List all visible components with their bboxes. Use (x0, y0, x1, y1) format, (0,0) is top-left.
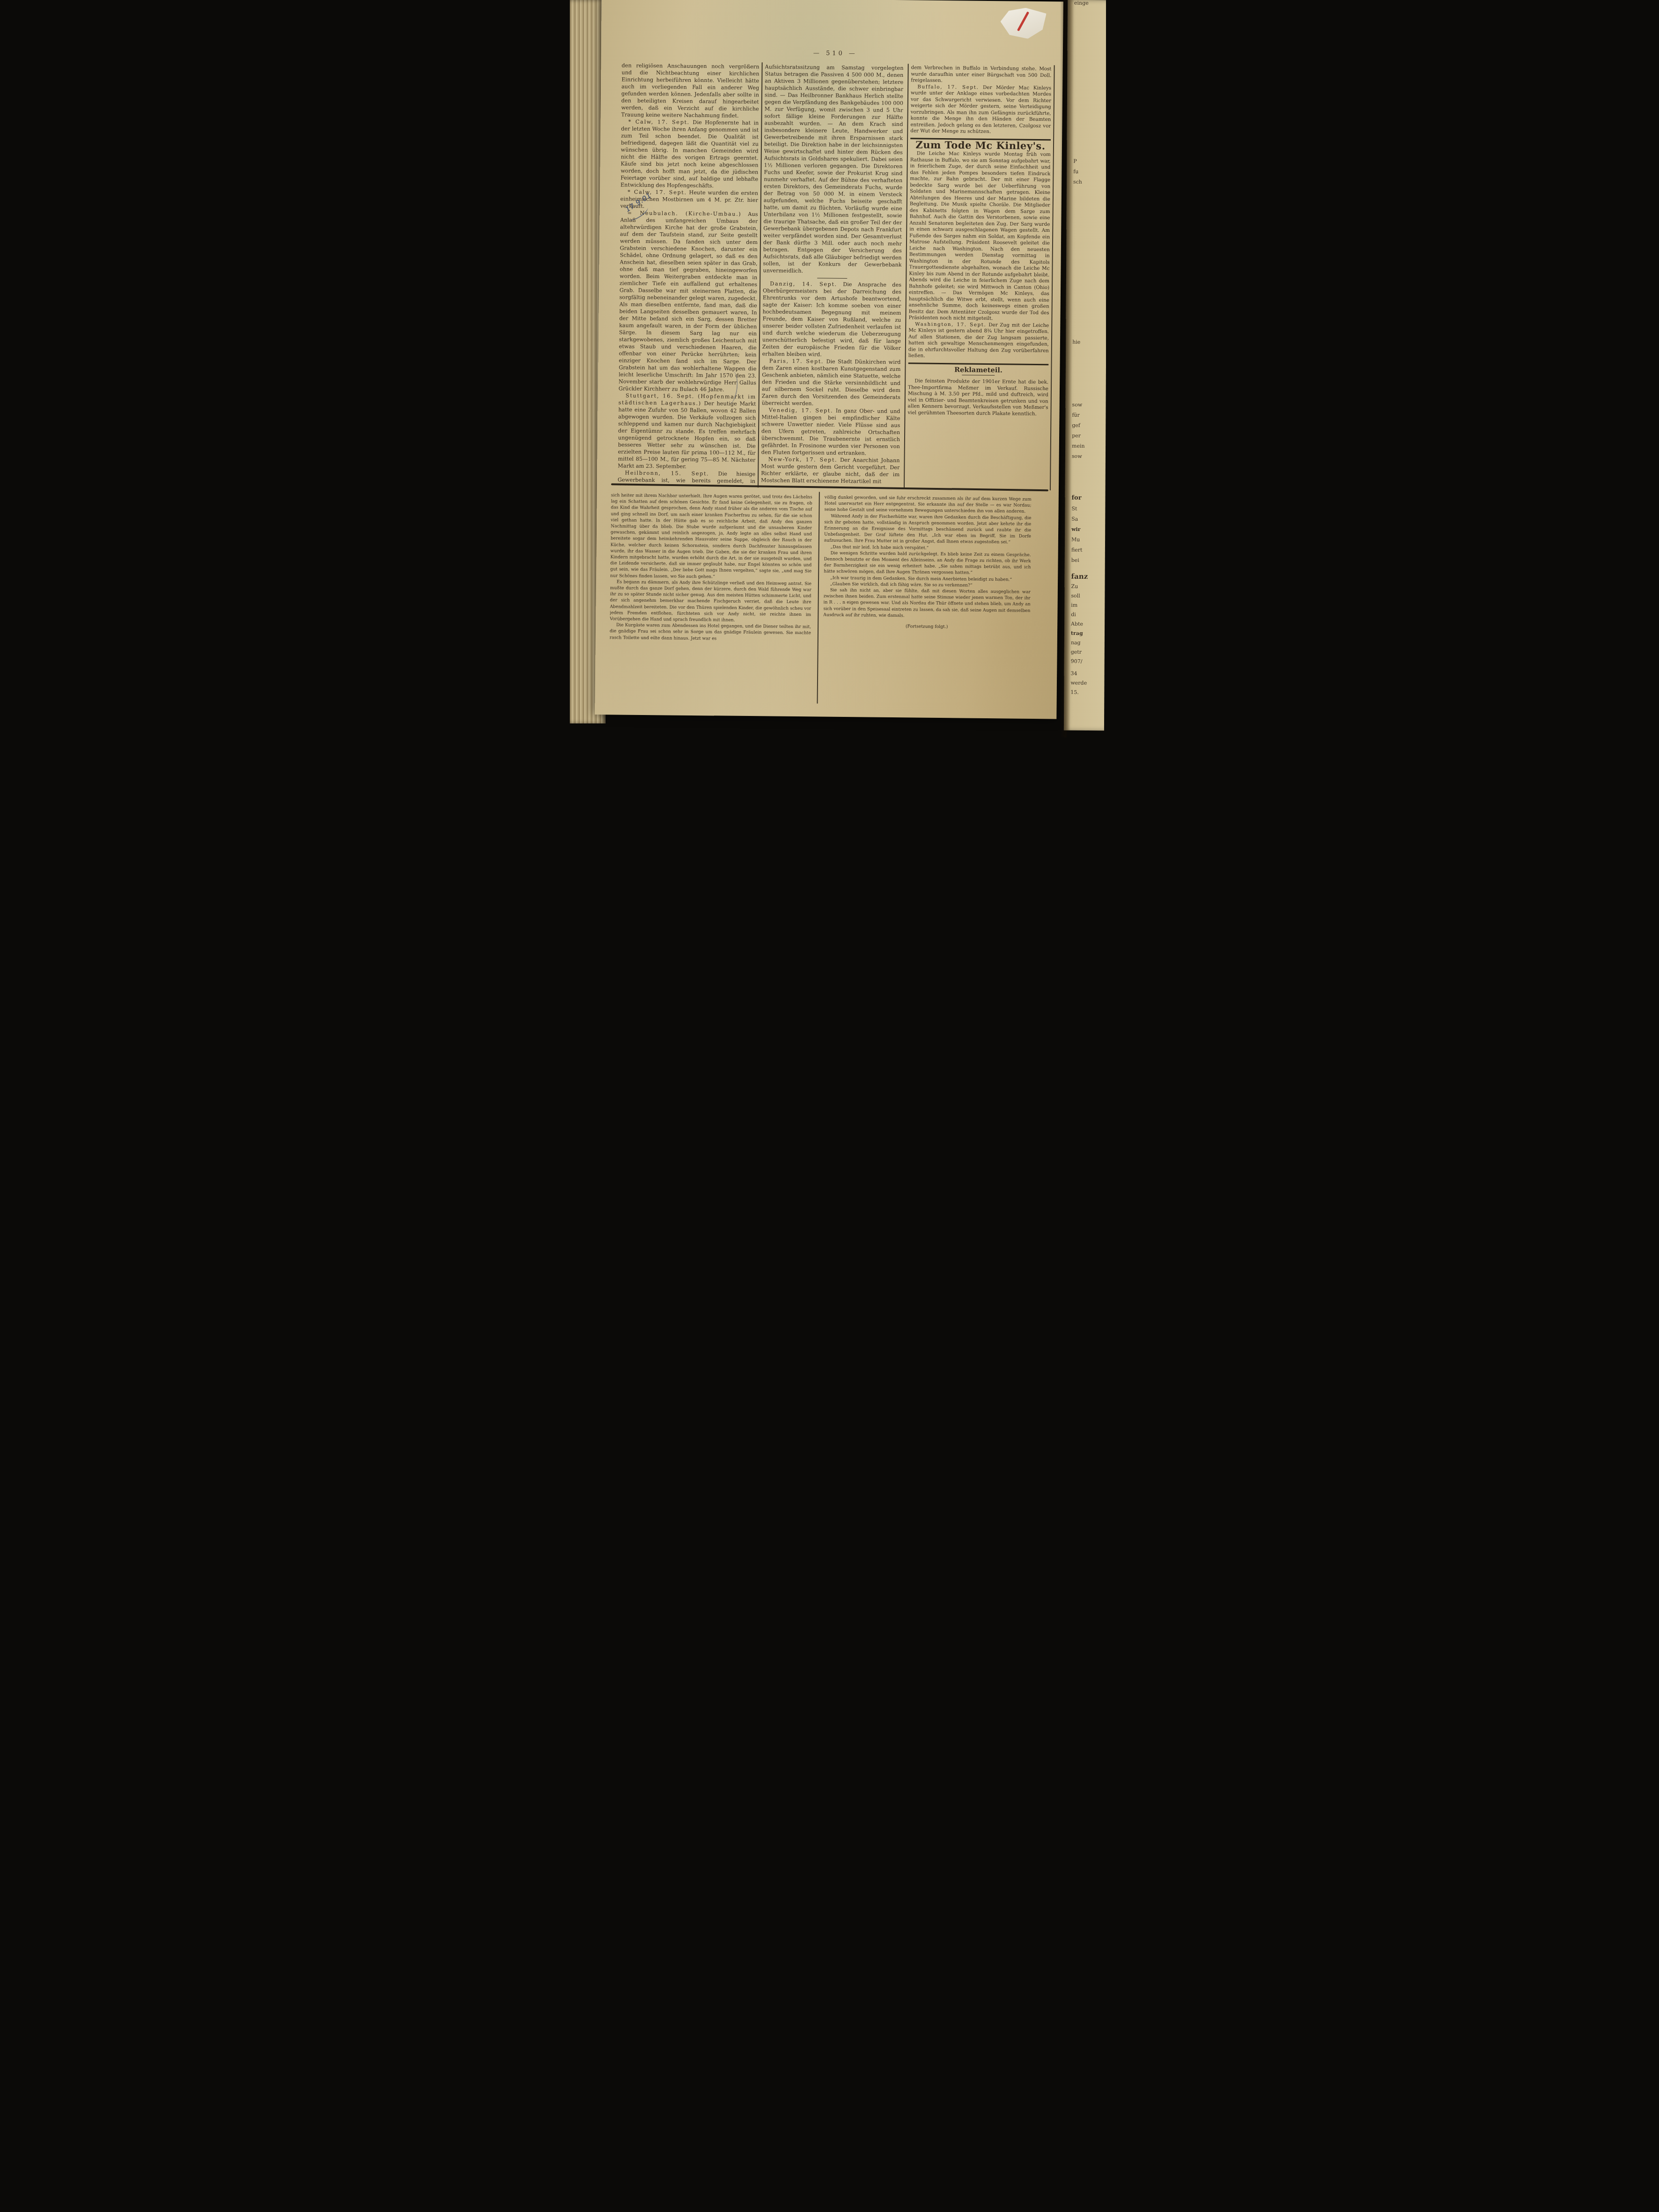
cutoff-text-fragment: trag (1071, 630, 1083, 636)
paragraph-text: Die Stadt Dünkirchen wird dem Zaren eine… (762, 359, 901, 407)
feuilleton-paragraph: Die wenigen Schritte wurden bald zurückg… (824, 550, 1031, 576)
mckinley-article-heading: Zum Tode Mc Kinley's. (910, 141, 1051, 149)
red-pen-mark (1017, 11, 1029, 31)
cutoff-text-fragment: per (1072, 433, 1081, 439)
feuilleton-paragraph: Die Kurgäste waren zum Abendessen ins Ho… (610, 622, 811, 642)
paragraph-text: Die Kurgäste waren zum Abendessen ins Ho… (610, 623, 811, 641)
dateline: Buffalo, 17. Sept. (917, 84, 979, 90)
cutoff-text-fragment: werde (1070, 680, 1087, 686)
cutoff-text-fragment: einge (1074, 0, 1089, 6)
cutoff-text-fragment: getr (1071, 649, 1082, 655)
dateline: Washington, 17. Sept. (915, 321, 986, 327)
news-paragraph: Aufsichtsratssitzung am Samstag vorgeleg… (763, 63, 903, 279)
news-paragraph: den religiösen Anschauungen noch vergröß… (621, 62, 759, 119)
feuilleton-paragraph: Es begann zu dämmern, als Andy ihre Schü… (610, 579, 811, 624)
dateline: Venedig, 17. Sept. (769, 407, 833, 413)
paragraph-text: dem Verbrechen in Buffalo in Verbindung … (911, 65, 1051, 83)
right-column-top: dem Verbrechen in Buffalo in Verbindung … (910, 65, 1051, 135)
cutoff-text-fragment: sch (1073, 179, 1082, 185)
cutoff-text-fragment: 907/ (1071, 658, 1083, 664)
cutoff-text-fragment: hie (1072, 339, 1080, 345)
news-column-left: den religiösen Anschauungen noch vergröß… (618, 62, 759, 487)
paragraph-text: völlig dunkel geworden, und sie fuhr ers… (824, 495, 1031, 515)
cutoff-text-fragment: im (1071, 602, 1077, 608)
feuilleton-paragraph: Während Andy in der Fischerhütte war, wa… (824, 513, 1032, 546)
cutoff-text-fragment: P (1073, 158, 1077, 164)
cutoff-text-fragment: Abte (1071, 621, 1083, 627)
news-paragraph: Venedig, 17. Sept. In ganz Ober- und und… (761, 406, 900, 457)
cutoff-text-fragment: wir (1071, 526, 1081, 532)
paragraph-text: Während Andy in der Fischerhütte war, wa… (824, 513, 1032, 545)
paragraph-text: Sie sah ihn nicht an, aber sie fühlte, d… (823, 588, 1031, 618)
feuilleton-column-right: völlig dunkel geworden, und sie fuhr ers… (822, 494, 1031, 708)
short-rule (962, 375, 995, 376)
cutoff-text-fragment: Mu (1071, 537, 1080, 543)
news-column-middle: Aufsichtsratssitzung am Samstag vorgeleg… (761, 63, 904, 488)
news-paragraph: Buffalo, 17. Sept. Der Mörder Mac Kinley… (910, 84, 1051, 136)
paragraph-text: Aufsichtsratssitzung am Samstag vorgeleg… (763, 64, 903, 274)
dateline: * Calw, 17. Sept. (628, 119, 690, 125)
feuilleton-paragraph: sich heiter mit ihrem Nachbar unterhielt… (610, 492, 812, 581)
cutoff-text-fragment: di (1071, 612, 1076, 618)
paragraph-text: Der heutige Markt hatte eine Zufuhr von … (618, 400, 756, 470)
cutoff-text-fragment: for (1071, 494, 1081, 501)
paragraph-text: Der Mörder Mac Kinleys wurde unter der A… (910, 84, 1051, 134)
cutoff-text-fragment: fiert (1071, 547, 1083, 553)
cutoff-text-fragment: fanz (1071, 572, 1088, 581)
feuilleton-paragraph: völlig dunkel geworden, und sie fuhr ers… (824, 494, 1031, 515)
cutoff-text-fragment: 34 (1071, 671, 1077, 677)
cutoff-text-fragment: 15. (1070, 689, 1079, 695)
paragraph-text: „Das thut mir leid. Ich habe mich verspä… (830, 544, 929, 550)
news-paragraph: Danzig, 14. Sept. Die Ansprache des Ober… (762, 280, 902, 359)
news-paragraph: dem Verbrechen in Buffalo in Verbindung … (911, 65, 1051, 85)
dateline: Paris, 17. Sept. (769, 358, 824, 364)
news-paragraph: Stuttgart, 16. Sept. (Hopfenmarkt im stä… (618, 392, 756, 471)
paragraph-text: Die wenigen Schritte wurden bald zurückg… (824, 551, 1031, 576)
cutoff-text-fragment: für (1072, 412, 1079, 418)
newspaper-page: — 510 — den religiösen Anschauungen noch… (595, 0, 1063, 719)
section-rule (908, 362, 1049, 365)
reklame-section-heading: Reklameteil. (908, 366, 1048, 374)
cutoff-text-fragment: gef (1072, 422, 1080, 428)
news-paragraph: * Calw, 17. Sept. Die Hopfenernte hat in… (620, 118, 759, 190)
news-paragraph: = Neubulach. (Kirche-Umbau.) Aus Anlaß d… (619, 209, 758, 393)
advertisement-paragraph: Die feinsten Produkte der 1901er Ernte h… (907, 378, 1048, 417)
news-paragraph: Die Leiche Mac Kinleys wurde Montag früh… (908, 150, 1050, 322)
news-paragraph: Paris, 17. Sept. Die Stadt Dünkirchen wi… (762, 357, 901, 408)
feuilleton-column-rule (817, 492, 820, 704)
news-paragraph: Washington, 17. Sept. Der Zug mit der Le… (908, 321, 1049, 361)
cutoff-text-fragment: Zu (1071, 583, 1078, 590)
paragraph-text: Die Ansprache des Oberbürgermeisters bei… (762, 281, 902, 358)
cutoff-text-fragment: fu (1073, 169, 1078, 175)
dateline: Heilbronn, 15. Sept. (625, 470, 709, 477)
news-paragraph: New-York, 17. Sept. Der Anarchist Johann… (761, 456, 900, 485)
cutoff-text-fragment: nag (1071, 640, 1081, 646)
dateline: New-York, 17. Sept. (768, 456, 838, 463)
cutoff-text-fragment: sow (1072, 402, 1083, 408)
dateline: * Calw, 17. Sept. (627, 189, 687, 196)
feuilleton-paragraph: Sie sah ihn nicht an, aber sie fühlte, d… (823, 587, 1031, 620)
feuilleton-right-body: völlig dunkel geworden, und sie fuhr ers… (823, 494, 1032, 620)
cutoff-text-fragment: soll (1071, 593, 1080, 599)
cutoff-text-fragment: Sa (1071, 516, 1078, 522)
paragraph-text: Die Hopfenernte hat in der letzten Woche… (620, 119, 759, 189)
dateline: Danzig, 14. Sept. (770, 280, 837, 287)
paragraph-text: Aus Anlaß des umfangreichen Umbaus der a… (619, 211, 758, 393)
cutoff-text-fragment: sow (1072, 453, 1082, 459)
cutoff-text-fragment: bei (1071, 557, 1079, 563)
page-number: — 510 — (779, 50, 892, 58)
feuilleton-column-left: sich heiter mit ihrem Nachbar unterhielt… (609, 492, 812, 706)
mckinley-article-body: Die Leiche Mac Kinleys wurde Montag früh… (908, 150, 1051, 360)
reklame-section-body: Die feinsten Produkte der 1901er Ernte h… (907, 378, 1048, 417)
news-column-right: dem Verbrechen in Buffalo in Verbindung … (907, 65, 1052, 489)
paragraph-text: den religiösen Anschauungen noch vergröß… (621, 62, 759, 118)
paragraph-text: sich heiter mit ihrem Nachbar unterhielt… (610, 493, 812, 579)
paragraph-text: In ganz Ober- und und Mittel-Italien gin… (761, 408, 900, 457)
cutoff-text-fragment: St (1071, 506, 1077, 512)
next-page-sliver: P fu sch hie sow für gef per mein sow fo… (1064, 0, 1106, 730)
torn-paper-fragment (1000, 7, 1047, 39)
newspaper-scan: — 510 — den religiösen Anschauungen noch… (553, 0, 1106, 737)
paragraph-text: Die feinsten Produkte der 1901er Ernte h… (907, 378, 1048, 416)
paragraph-text: Es begann zu dämmern, als Andy ihre Schü… (610, 579, 811, 623)
continuation-note: (Fortsetzung folgt.) (823, 623, 1030, 631)
cutoff-text-fragment: mein (1072, 443, 1085, 449)
paragraph-text: Die Leiche Mac Kinleys wurde Montag früh… (908, 150, 1050, 321)
